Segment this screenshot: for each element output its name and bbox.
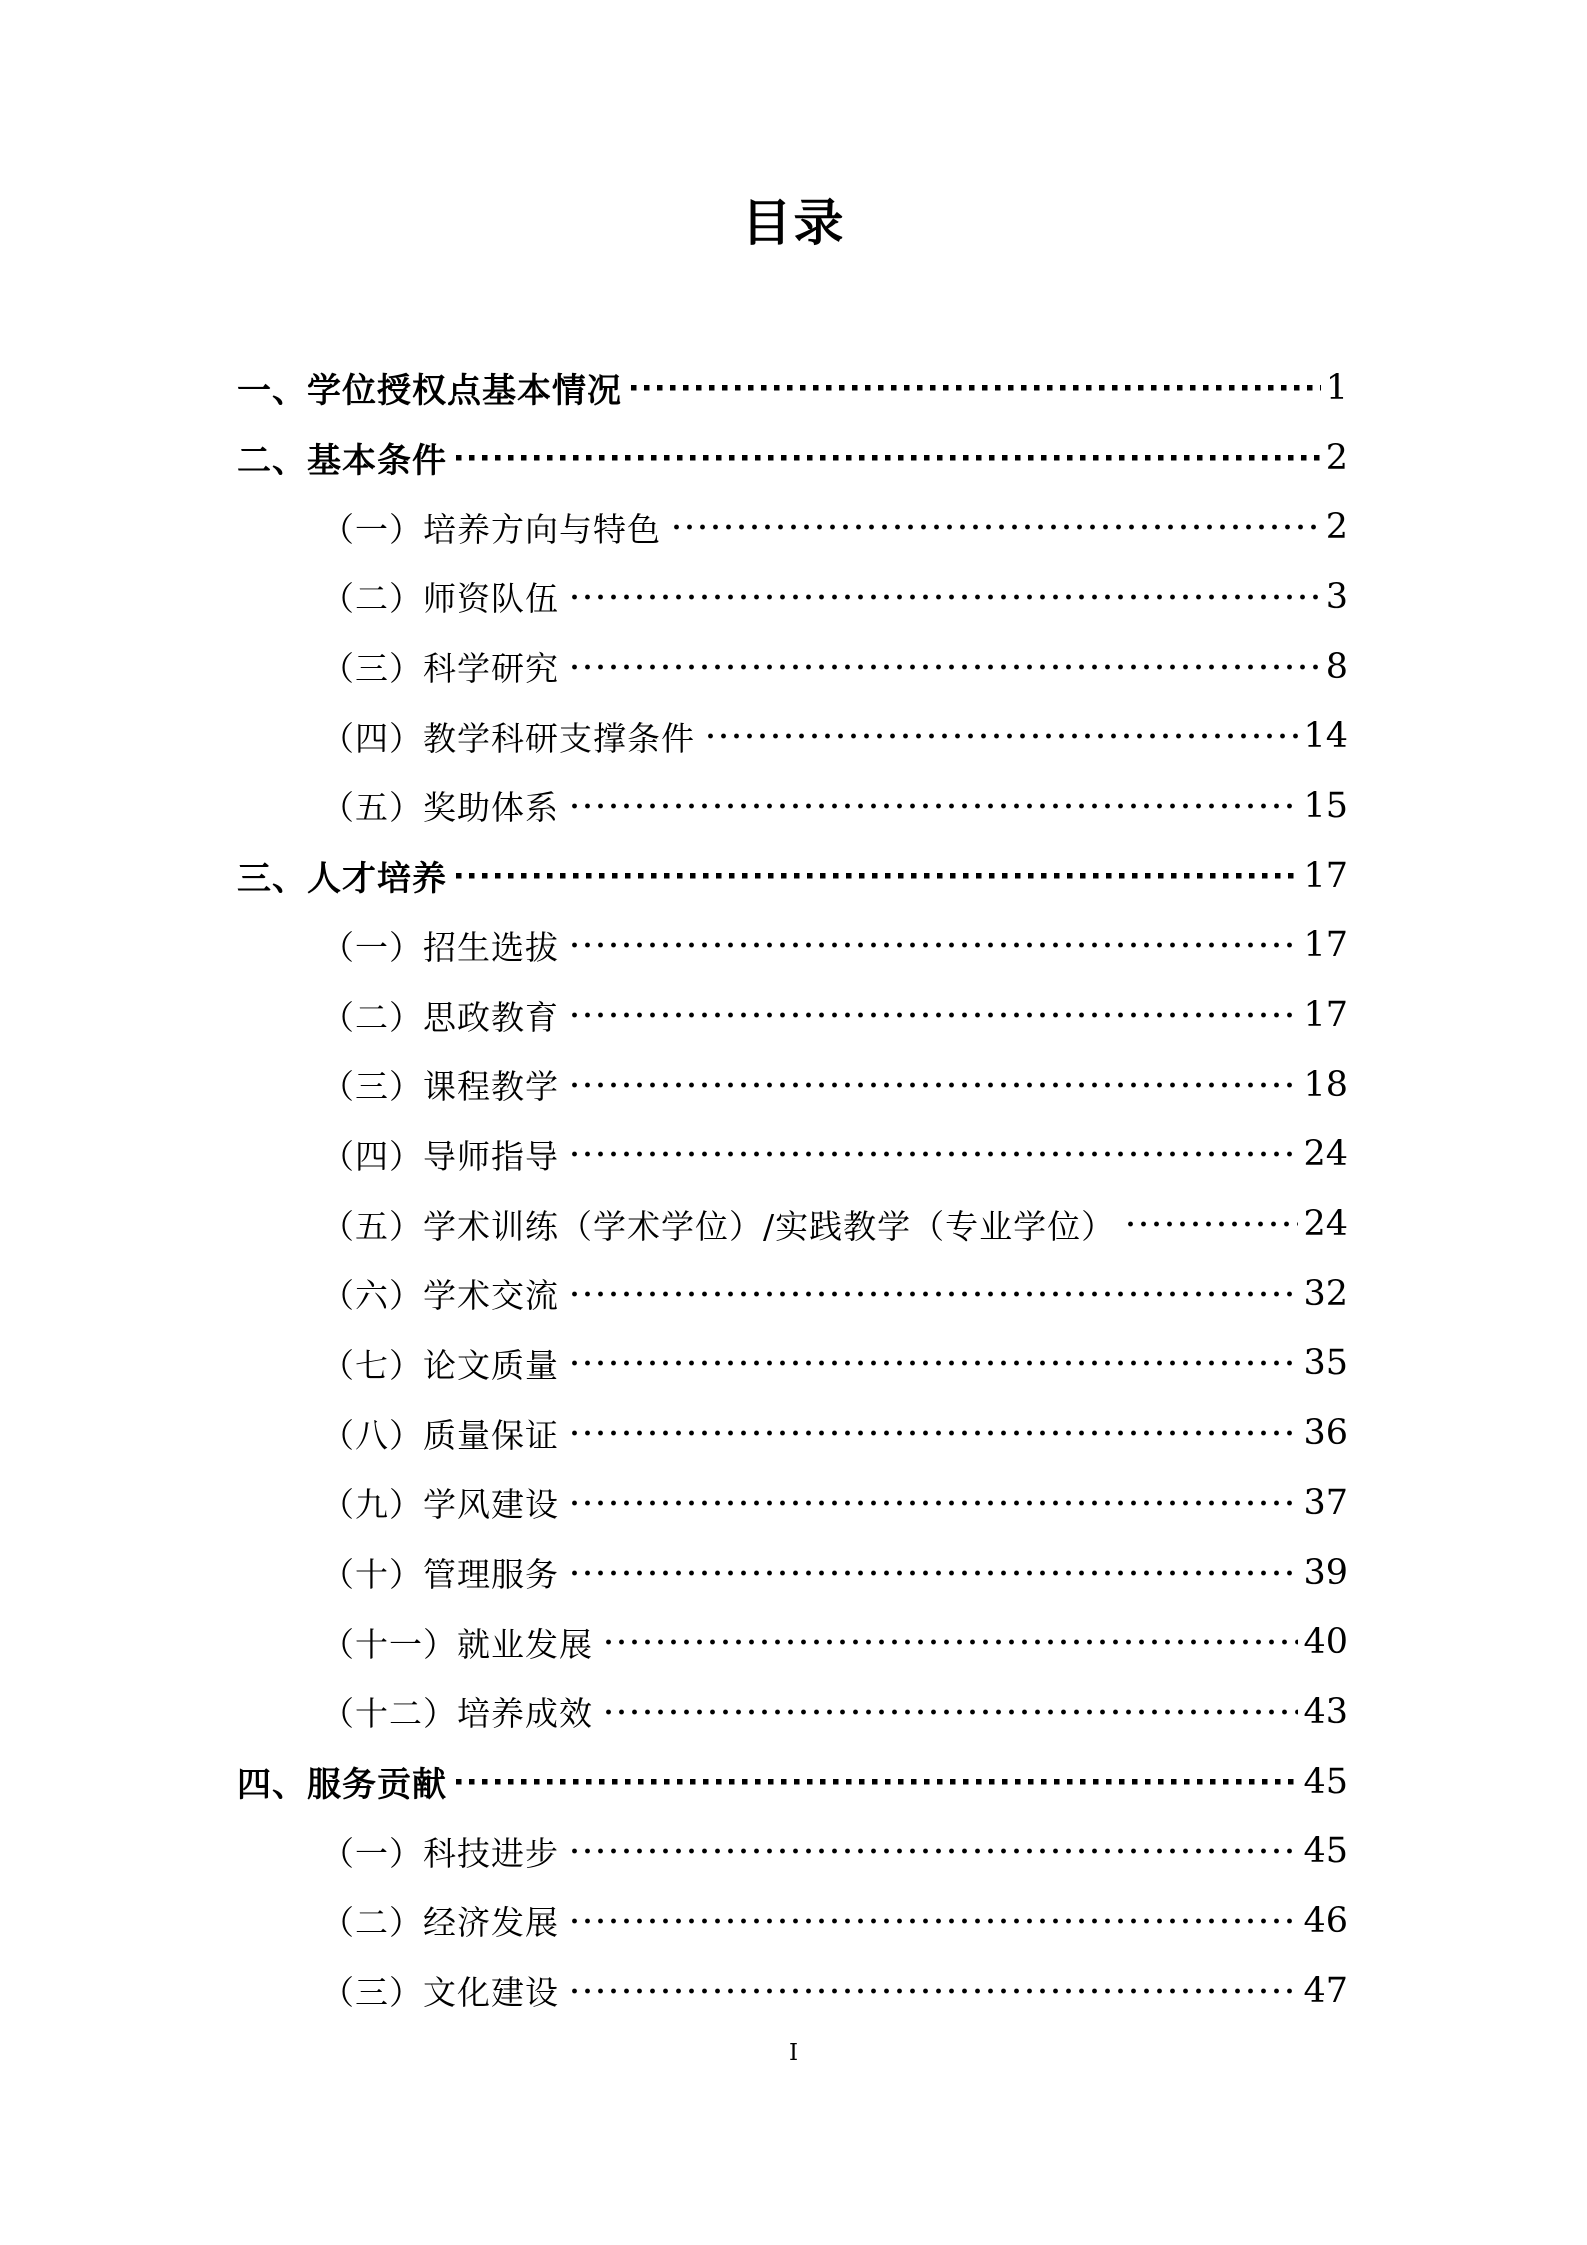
toc-entry[interactable]: （九）学风建设 37	[237, 1468, 1348, 1538]
toc-entry-page-number: 37	[1303, 1483, 1348, 1523]
toc-entry-page-number: 43	[1303, 1692, 1348, 1732]
toc-entry-label: 二、基本条件	[237, 433, 447, 482]
toc-entry-page-number: 24	[1303, 1134, 1348, 1174]
toc-entry-page-number: 8	[1326, 647, 1348, 687]
toc-entry-label: （十二）培养成效	[321, 1688, 593, 1735]
toc-entry[interactable]: （三）课程教学 18	[237, 1050, 1348, 1120]
toc-leader-dots	[568, 1416, 1298, 1450]
toc-entry[interactable]: （八）质量保证 36	[237, 1398, 1348, 1468]
toc-entry[interactable]: （一）培养方向与特色 2	[237, 492, 1348, 562]
toc-entry-label: （二）师资队伍	[321, 573, 559, 620]
toc-leader-dots	[568, 1137, 1298, 1171]
toc-leader-dots	[670, 510, 1321, 544]
toc-entry-label: （二）经济发展	[321, 1897, 559, 1944]
toc-entry-label: （五）学术训练（学术学位）/实践教学（专业学位）	[321, 1201, 1115, 1248]
toc-leader-dots	[568, 1068, 1298, 1102]
toc-entry-label: （四）导师指导	[321, 1131, 559, 1178]
document-page: 目录 一、学位授权点基本情况 1 二、基本条件 2 （一）培养方向与特色 2 （…	[0, 0, 1587, 2245]
toc-entry-label: （一）培养方向与特色	[321, 504, 661, 551]
toc-leader-dots	[631, 371, 1321, 405]
toc-leader-dots	[568, 1556, 1298, 1590]
toc-entry-page-number: 35	[1303, 1343, 1348, 1383]
toc-entry-page-number: 24	[1303, 1204, 1348, 1244]
toc-entry[interactable]: （十二）培养成效 43	[237, 1677, 1348, 1747]
toc-leader-dots	[1124, 1207, 1298, 1241]
toc-entry-label: （五）奖助体系	[321, 782, 559, 829]
toc-entry-label: （十一）就业发展	[321, 1619, 593, 1666]
toc-leader-dots	[568, 1974, 1298, 2008]
toc-entry[interactable]: （二）师资队伍 3	[237, 562, 1348, 632]
toc-entry[interactable]: （十）管理服务 39	[237, 1538, 1348, 1608]
toc-leader-dots	[704, 719, 1298, 753]
toc-entry[interactable]: （五）奖助体系 15	[237, 771, 1348, 841]
toc-entry-page-number: 32	[1303, 1274, 1348, 1314]
toc-leader-dots	[602, 1695, 1298, 1729]
toc-leader-dots	[568, 1834, 1298, 1868]
toc-entry-label: （十）管理服务	[321, 1549, 559, 1596]
toc-entry[interactable]: （五）学术训练（学术学位）/实践教学（专业学位） 24	[237, 1189, 1348, 1259]
toc-entry[interactable]: （一）科技进步 45	[237, 1816, 1348, 1886]
toc-leader-dots	[568, 928, 1298, 962]
toc-entry-page-number: 46	[1303, 1901, 1348, 1941]
toc-entry-page-number: 17	[1303, 995, 1348, 1035]
toc-entry[interactable]: 一、学位授权点基本情况 1	[237, 353, 1348, 423]
toc-entry[interactable]: （六）学术交流 32	[237, 1259, 1348, 1329]
toc-entry[interactable]: （三）科学研究 8	[237, 632, 1348, 702]
toc-entry[interactable]: （四）教学科研支撑条件 14	[237, 701, 1348, 771]
toc-entry-label: （三）文化建设	[321, 1967, 559, 2014]
toc-leader-dots	[568, 1346, 1298, 1380]
toc-entry-page-number: 45	[1303, 1762, 1348, 1802]
toc-entry-page-number: 18	[1303, 1065, 1348, 1105]
toc-leader-dots	[568, 650, 1321, 684]
toc-entry-label: （三）科学研究	[321, 643, 559, 690]
toc-entry-page-number: 15	[1303, 786, 1348, 826]
toc-entry[interactable]: （四）导师指导 24	[237, 1120, 1348, 1190]
toc-entry[interactable]: （三）文化建设 47	[237, 1956, 1348, 2026]
toc-entry-label: （六）学术交流	[321, 1270, 559, 1317]
toc-entry[interactable]: （二）思政教育 17	[237, 980, 1348, 1050]
toc-entry-label: （四）教学科研支撑条件	[321, 713, 695, 760]
toc-entry-label: 四、服务贡献	[237, 1757, 447, 1806]
toc-entry[interactable]: （十一）就业发展 40	[237, 1607, 1348, 1677]
page-title: 目录	[0, 197, 1587, 249]
toc-entry-page-number: 17	[1303, 925, 1348, 965]
toc-entry-label: 一、学位授权点基本情况	[237, 363, 622, 412]
toc-leader-dots	[456, 441, 1321, 475]
toc-entry-label: （九）学风建设	[321, 1479, 559, 1526]
toc-list: 一、学位授权点基本情况 1 二、基本条件 2 （一）培养方向与特色 2 （二）师…	[237, 353, 1348, 2026]
toc-entry-page-number: 39	[1303, 1553, 1348, 1593]
toc-entry-page-number: 3	[1326, 577, 1348, 617]
toc-entry-label: （七）论文质量	[321, 1340, 559, 1387]
toc-entry-page-number: 36	[1303, 1413, 1348, 1453]
toc-leader-dots	[568, 1486, 1298, 1520]
toc-entry[interactable]: 四、服务贡献 45	[237, 1747, 1348, 1817]
toc-entry[interactable]: （七）论文质量 35	[237, 1329, 1348, 1399]
toc-entry-label: 三、人才培养	[237, 851, 447, 900]
toc-leader-dots	[456, 859, 1298, 893]
toc-entry-label: （一）招生选拔	[321, 922, 559, 969]
toc-entry[interactable]: 二、基本条件 2	[237, 423, 1348, 493]
toc-entry-page-number: 2	[1326, 507, 1348, 547]
toc-leader-dots	[568, 789, 1298, 823]
toc-entry-label: （八）质量保证	[321, 1410, 559, 1457]
toc-entry-page-number: 40	[1303, 1622, 1348, 1662]
toc-leader-dots	[568, 1277, 1298, 1311]
footer-page-number: I	[0, 2040, 1587, 2066]
toc-entry-page-number: 17	[1303, 856, 1348, 896]
toc-leader-dots	[602, 1625, 1298, 1659]
toc-leader-dots	[568, 1904, 1298, 1938]
toc-entry[interactable]: （一）招生选拔 17	[237, 911, 1348, 981]
toc-entry[interactable]: 三、人才培养 17	[237, 841, 1348, 911]
toc-entry[interactable]: （二）经济发展 46	[237, 1886, 1348, 1956]
toc-entry-label: （二）思政教育	[321, 992, 559, 1039]
toc-entry-page-number: 2	[1326, 438, 1348, 478]
toc-leader-dots	[568, 998, 1298, 1032]
toc-entry-label: （三）课程教学	[321, 1061, 559, 1108]
toc-leader-dots	[456, 1765, 1298, 1799]
toc-leader-dots	[568, 580, 1321, 614]
toc-entry-page-number: 45	[1303, 1831, 1348, 1871]
toc-entry-label: （一）科技进步	[321, 1828, 559, 1875]
toc-entry-page-number: 14	[1303, 716, 1348, 756]
toc-entry-page-number: 47	[1303, 1971, 1348, 2011]
toc-entry-page-number: 1	[1326, 368, 1348, 408]
